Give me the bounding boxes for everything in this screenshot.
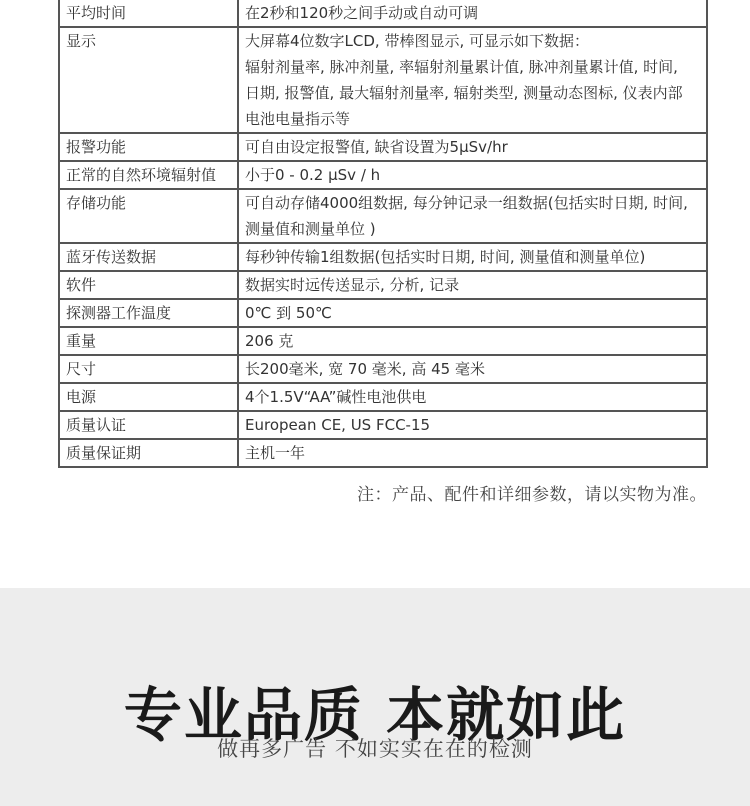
spec-value: 长200毫米, 宽 70 毫米, 高 45 毫米 (238, 355, 707, 383)
disclaimer-note: 注：产品、配件和详细参数，请以实物为准。 (357, 480, 707, 505)
table-row: 报警功能可自由设定报警值, 缺省设置为5μSv/hr (59, 133, 707, 161)
spec-value: 可自动存储4000组数据, 每分钟记录一组数据(包括实时日期, 时间,测量值和测… (238, 189, 707, 243)
spec-value: 大屏幕4位数字LCD, 带棒图显示, 可显示如下数据：辐射剂量率, 脉冲剂量, … (238, 27, 707, 133)
spec-table: 平均时间在2秒和120秒之间手动或自动可调 显示大屏幕4位数字LCD, 带棒图显… (58, 0, 708, 468)
table-row: 质量保证期主机一年 (59, 439, 707, 467)
spec-value: 主机一年 (238, 439, 707, 467)
spec-value: European CE, US FCC-15 (238, 411, 707, 439)
spec-label: 存储功能 (59, 189, 238, 243)
table-row: 蓝牙传送数据每秒钟传输1组数据(包括实时日期, 时间, 测量值和测量单位) (59, 243, 707, 271)
spec-value: 可自由设定报警值, 缺省设置为5μSv/hr (238, 133, 707, 161)
spec-label: 软件 (59, 271, 238, 299)
table-row: 质量认证European CE, US FCC-15 (59, 411, 707, 439)
table-row: 显示大屏幕4位数字LCD, 带棒图显示, 可显示如下数据：辐射剂量率, 脉冲剂量… (59, 27, 707, 133)
spec-value: 在2秒和120秒之间手动或自动可调 (238, 0, 707, 27)
spec-label: 质量认证 (59, 411, 238, 439)
spec-value: 数据实时远传送显示, 分析, 记录 (238, 271, 707, 299)
spec-label: 尺寸 (59, 355, 238, 383)
table-row: 软件数据实时远传送显示, 分析, 记录 (59, 271, 707, 299)
spec-label: 质量保证期 (59, 439, 238, 467)
spec-label: 重量 (59, 327, 238, 355)
spec-label: 蓝牙传送数据 (59, 243, 238, 271)
spec-value: 小于0 - 0.2 μSv / h (238, 161, 707, 189)
table-row: 正常的自然环境辐射值小于0 - 0.2 μSv / h (59, 161, 707, 189)
table-row: 探测器工作温度0℃ 到 50℃ (59, 299, 707, 327)
promo-banner: 专业品质 本就如此 做再多广告 不如实实在在的检测 (0, 588, 750, 806)
spec-value: 206 克 (238, 327, 707, 355)
table-row: 存储功能可自动存储4000组数据, 每分钟记录一组数据(包括实时日期, 时间,测… (59, 189, 707, 243)
spec-label: 电源 (59, 383, 238, 411)
spec-label: 探测器工作温度 (59, 299, 238, 327)
spec-value: 每秒钟传输1组数据(包括实时日期, 时间, 测量值和测量单位) (238, 243, 707, 271)
spec-label: 显示 (59, 27, 238, 133)
table-row: 平均时间在2秒和120秒之间手动或自动可调 (59, 0, 707, 27)
table-row: 尺寸长200毫米, 宽 70 毫米, 高 45 毫米 (59, 355, 707, 383)
promo-subtitle: 做再多广告 不如实实在在的检测 (0, 733, 750, 763)
spec-label: 正常的自然环境辐射值 (59, 161, 238, 189)
table-row: 电源4个1.5V“AA”碱性电池供电 (59, 383, 707, 411)
spec-label: 报警功能 (59, 133, 238, 161)
spec-value: 0℃ 到 50℃ (238, 299, 707, 327)
table-row: 重量206 克 (59, 327, 707, 355)
spec-label: 平均时间 (59, 0, 238, 27)
spec-value: 4个1.5V“AA”碱性电池供电 (238, 383, 707, 411)
